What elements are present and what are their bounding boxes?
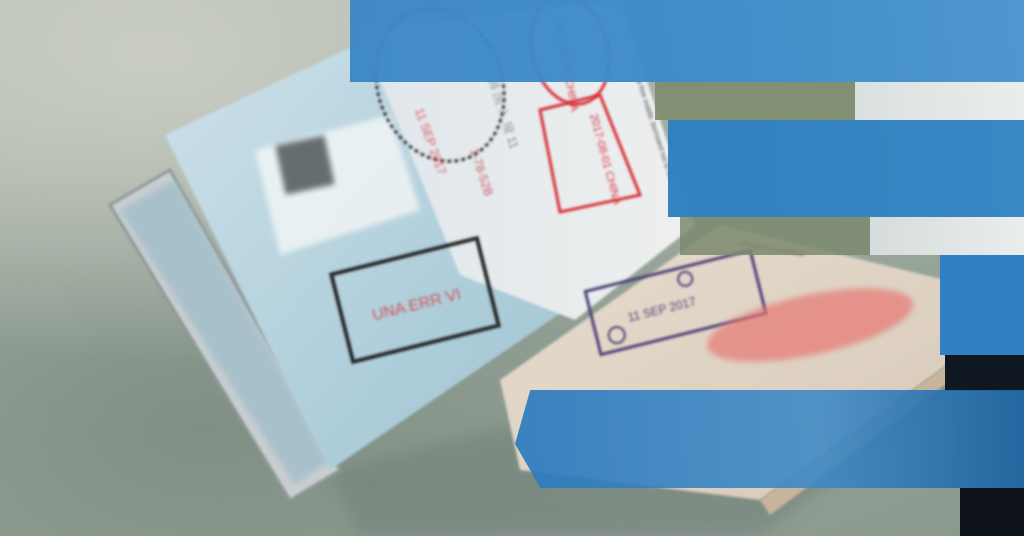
light-strip-1	[855, 82, 1024, 120]
dark-strip	[945, 355, 1024, 391]
overlay-bar-2	[668, 120, 1024, 217]
overlay-bar-3	[940, 255, 1024, 355]
qr-code-icon	[275, 135, 334, 194]
dark-corner	[960, 488, 1024, 536]
photo-scene: UNA ERR VI 11 SEP 2017 2017-08-01 CHINA …	[0, 0, 1024, 536]
olive-strip-1	[655, 82, 855, 120]
olive-strip-2	[680, 217, 870, 255]
overlay-bar-1	[350, 0, 1024, 82]
overlay-bar-4	[515, 390, 1024, 488]
light-strip-2	[870, 217, 1024, 255]
